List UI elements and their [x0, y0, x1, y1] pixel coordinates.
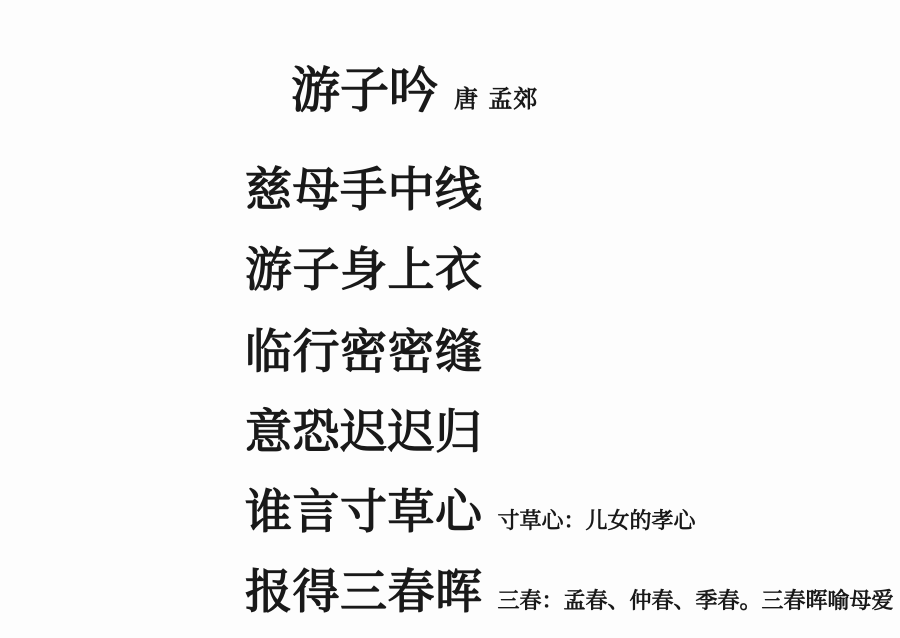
poem-line: 谁言寸草心 寸草心：儿女的孝心: [245, 486, 696, 540]
poem-line: 慈母手中线: [245, 164, 483, 218]
poem-line: 报得三春晖 三春：孟春、仲春、季春。三春晖喻母爱: [245, 566, 894, 620]
verse-annotation: 寸草心：儿女的孝心: [498, 504, 696, 535]
poem-author: 唐 孟郊: [454, 79, 538, 114]
verse-text: 报得三春晖: [245, 566, 483, 620]
verse-text: 游子身上衣: [245, 244, 483, 298]
verse-text: 意恐迟迟归: [245, 406, 483, 460]
verse-annotation: 三春：孟春、仲春、季春。三春晖喻母爱: [498, 584, 894, 615]
poem-line: 游子身上衣: [245, 244, 483, 298]
poem-page: 游子吟 唐 孟郊 慈母手中线 游子身上衣 临行密密缝 意恐迟迟归 谁言寸草心 寸…: [0, 0, 900, 638]
poem-line: 意恐迟迟归: [245, 406, 483, 460]
verse-text: 慈母手中线: [245, 164, 483, 218]
verse-text: 谁言寸草心: [245, 486, 483, 540]
poem-title: 游子吟: [291, 62, 438, 118]
verse-text: 临行密密缝: [245, 326, 483, 380]
poem-title-row: 游子吟 唐 孟郊: [291, 62, 538, 118]
poem-line: 临行密密缝: [245, 326, 483, 380]
